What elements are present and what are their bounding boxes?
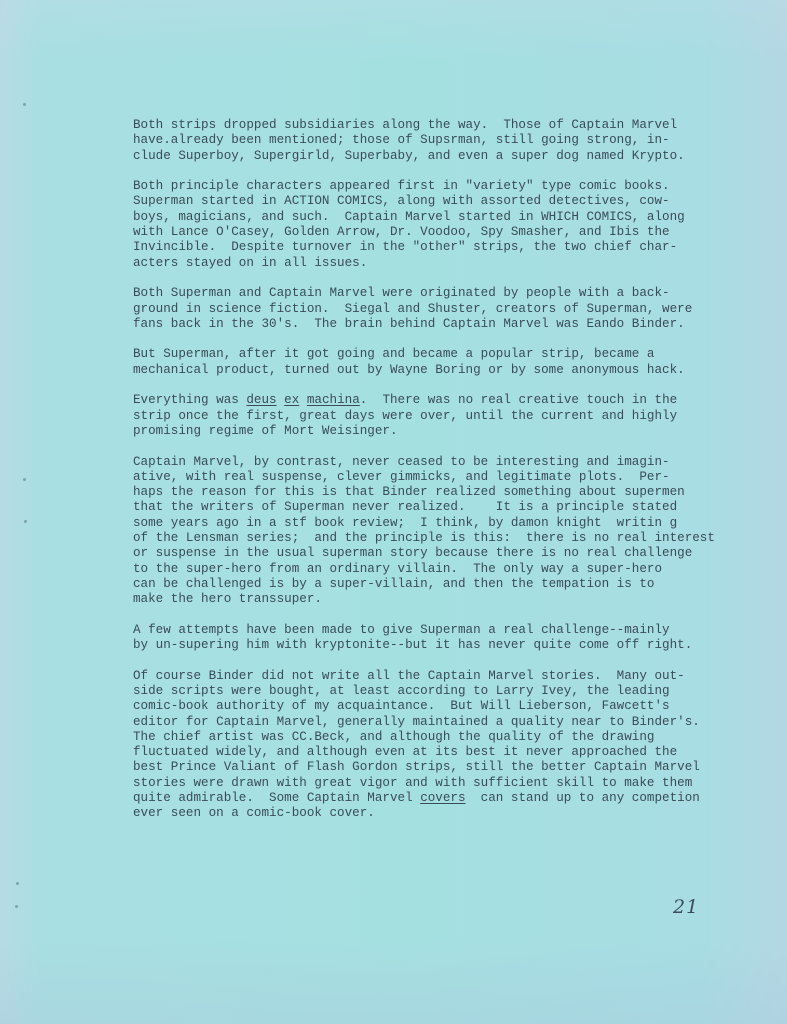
text-line: side scripts were bought, at least accor… bbox=[133, 684, 715, 699]
text-line: ever seen on a comic-book cover. bbox=[133, 806, 715, 821]
text-line: fluctuated widely, and although even at … bbox=[133, 745, 715, 760]
text-line: strip once the first, great days were ov… bbox=[133, 409, 715, 424]
text-line: Both principle characters appeared first… bbox=[133, 179, 715, 194]
text-line: But Superman, after it got going and bec… bbox=[133, 347, 715, 362]
text-line: or suspense in the usual superman story … bbox=[133, 546, 715, 561]
paragraph-deus-ex-machina: Everything was deus ex machina. There wa… bbox=[133, 393, 715, 439]
paragraph-kryptonite: A few attempts have been made to give Su… bbox=[133, 623, 715, 654]
text-line: The chief artist was CC.Beck, and althou… bbox=[133, 730, 715, 745]
text-line: have.already been mentioned; those of Su… bbox=[133, 133, 715, 148]
text-line: haps the reason for this is that Binder … bbox=[133, 485, 715, 500]
text-line: stories were drawn with great vigor and … bbox=[133, 776, 715, 791]
underlined-word: ex bbox=[284, 393, 299, 407]
text-line: boys, magicians, and such. Captain Marve… bbox=[133, 210, 715, 225]
text-line: Both strips dropped subsidiaries along t… bbox=[133, 118, 715, 133]
text-line: acters stayed on in all issues. bbox=[133, 256, 715, 271]
text-line: A few attempts have been made to give Su… bbox=[133, 623, 715, 638]
paragraph-origins: Both principle characters appeared first… bbox=[133, 179, 715, 271]
paper-speck bbox=[15, 905, 18, 908]
paper-speck bbox=[24, 520, 27, 523]
text-line: best Prince Valiant of Flash Gordon stri… bbox=[133, 760, 715, 775]
text-line: editor for Captain Marvel, generally mai… bbox=[133, 715, 715, 730]
paper-speck bbox=[23, 478, 26, 481]
text-line: by un-supering him with kryptonite--but … bbox=[133, 638, 715, 653]
text-line: mechanical product, turned out by Wayne … bbox=[133, 363, 715, 378]
paragraph-captain-marvel-contrast: Captain Marvel, by contrast, never cease… bbox=[133, 455, 715, 608]
text-line: quite admirable. Some Captain Marvel cov… bbox=[133, 791, 715, 806]
typewritten-body: Both strips dropped subsidiaries along t… bbox=[133, 118, 715, 837]
underlined-word: machina bbox=[307, 393, 360, 407]
text-line: Invincible. Despite turnover in the "oth… bbox=[133, 240, 715, 255]
text-line: promising regime of Mort Weisinger. bbox=[133, 424, 715, 439]
text-line: comic-book authority of my acquaintance.… bbox=[133, 699, 715, 714]
text-line: clude Superboy, Supergirld, Superbaby, a… bbox=[133, 149, 715, 164]
text-line: Everything was deus ex machina. There wa… bbox=[133, 393, 715, 408]
text-line: to the super-hero from an ordinary villa… bbox=[133, 562, 715, 577]
text-line: Of course Binder did not write all the C… bbox=[133, 669, 715, 684]
paragraph-subsidiaries: Both strips dropped subsidiaries along t… bbox=[133, 118, 715, 164]
underlined-word: covers bbox=[420, 791, 465, 805]
text-line: Captain Marvel, by contrast, never cease… bbox=[133, 455, 715, 470]
text-line: that the writers of Superman never reali… bbox=[133, 500, 715, 515]
text-line: Superman started in ACTION COMICS, along… bbox=[133, 194, 715, 209]
text-line: of the Lensman series; and the principle… bbox=[133, 531, 715, 546]
paragraph-creators: Both Superman and Captain Marvel were or… bbox=[133, 286, 715, 332]
text-line: ground in science fiction. Siegal and Sh… bbox=[133, 302, 715, 317]
text-line: ative, with real suspense, clever gimmic… bbox=[133, 470, 715, 485]
text-line: make the hero transsuper. bbox=[133, 592, 715, 607]
paper-speck bbox=[23, 103, 26, 106]
page-number: 21 bbox=[673, 896, 699, 918]
underlined-word: deus bbox=[246, 393, 276, 407]
paper-speck bbox=[16, 882, 19, 885]
text-line: with Lance O'Casey, Golden Arrow, Dr. Vo… bbox=[133, 225, 715, 240]
paragraph-binder-scripts: Of course Binder did not write all the C… bbox=[133, 669, 715, 822]
text-line: Both Superman and Captain Marvel were or… bbox=[133, 286, 715, 301]
paragraph-superman-product: But Superman, after it got going and bec… bbox=[133, 347, 715, 378]
text-line: can be challenged is by a super-villain,… bbox=[133, 577, 715, 592]
text-line: fans back in the 30's. The brain behind … bbox=[133, 317, 715, 332]
text-line: some years ago in a stf book review; I t… bbox=[133, 516, 715, 531]
